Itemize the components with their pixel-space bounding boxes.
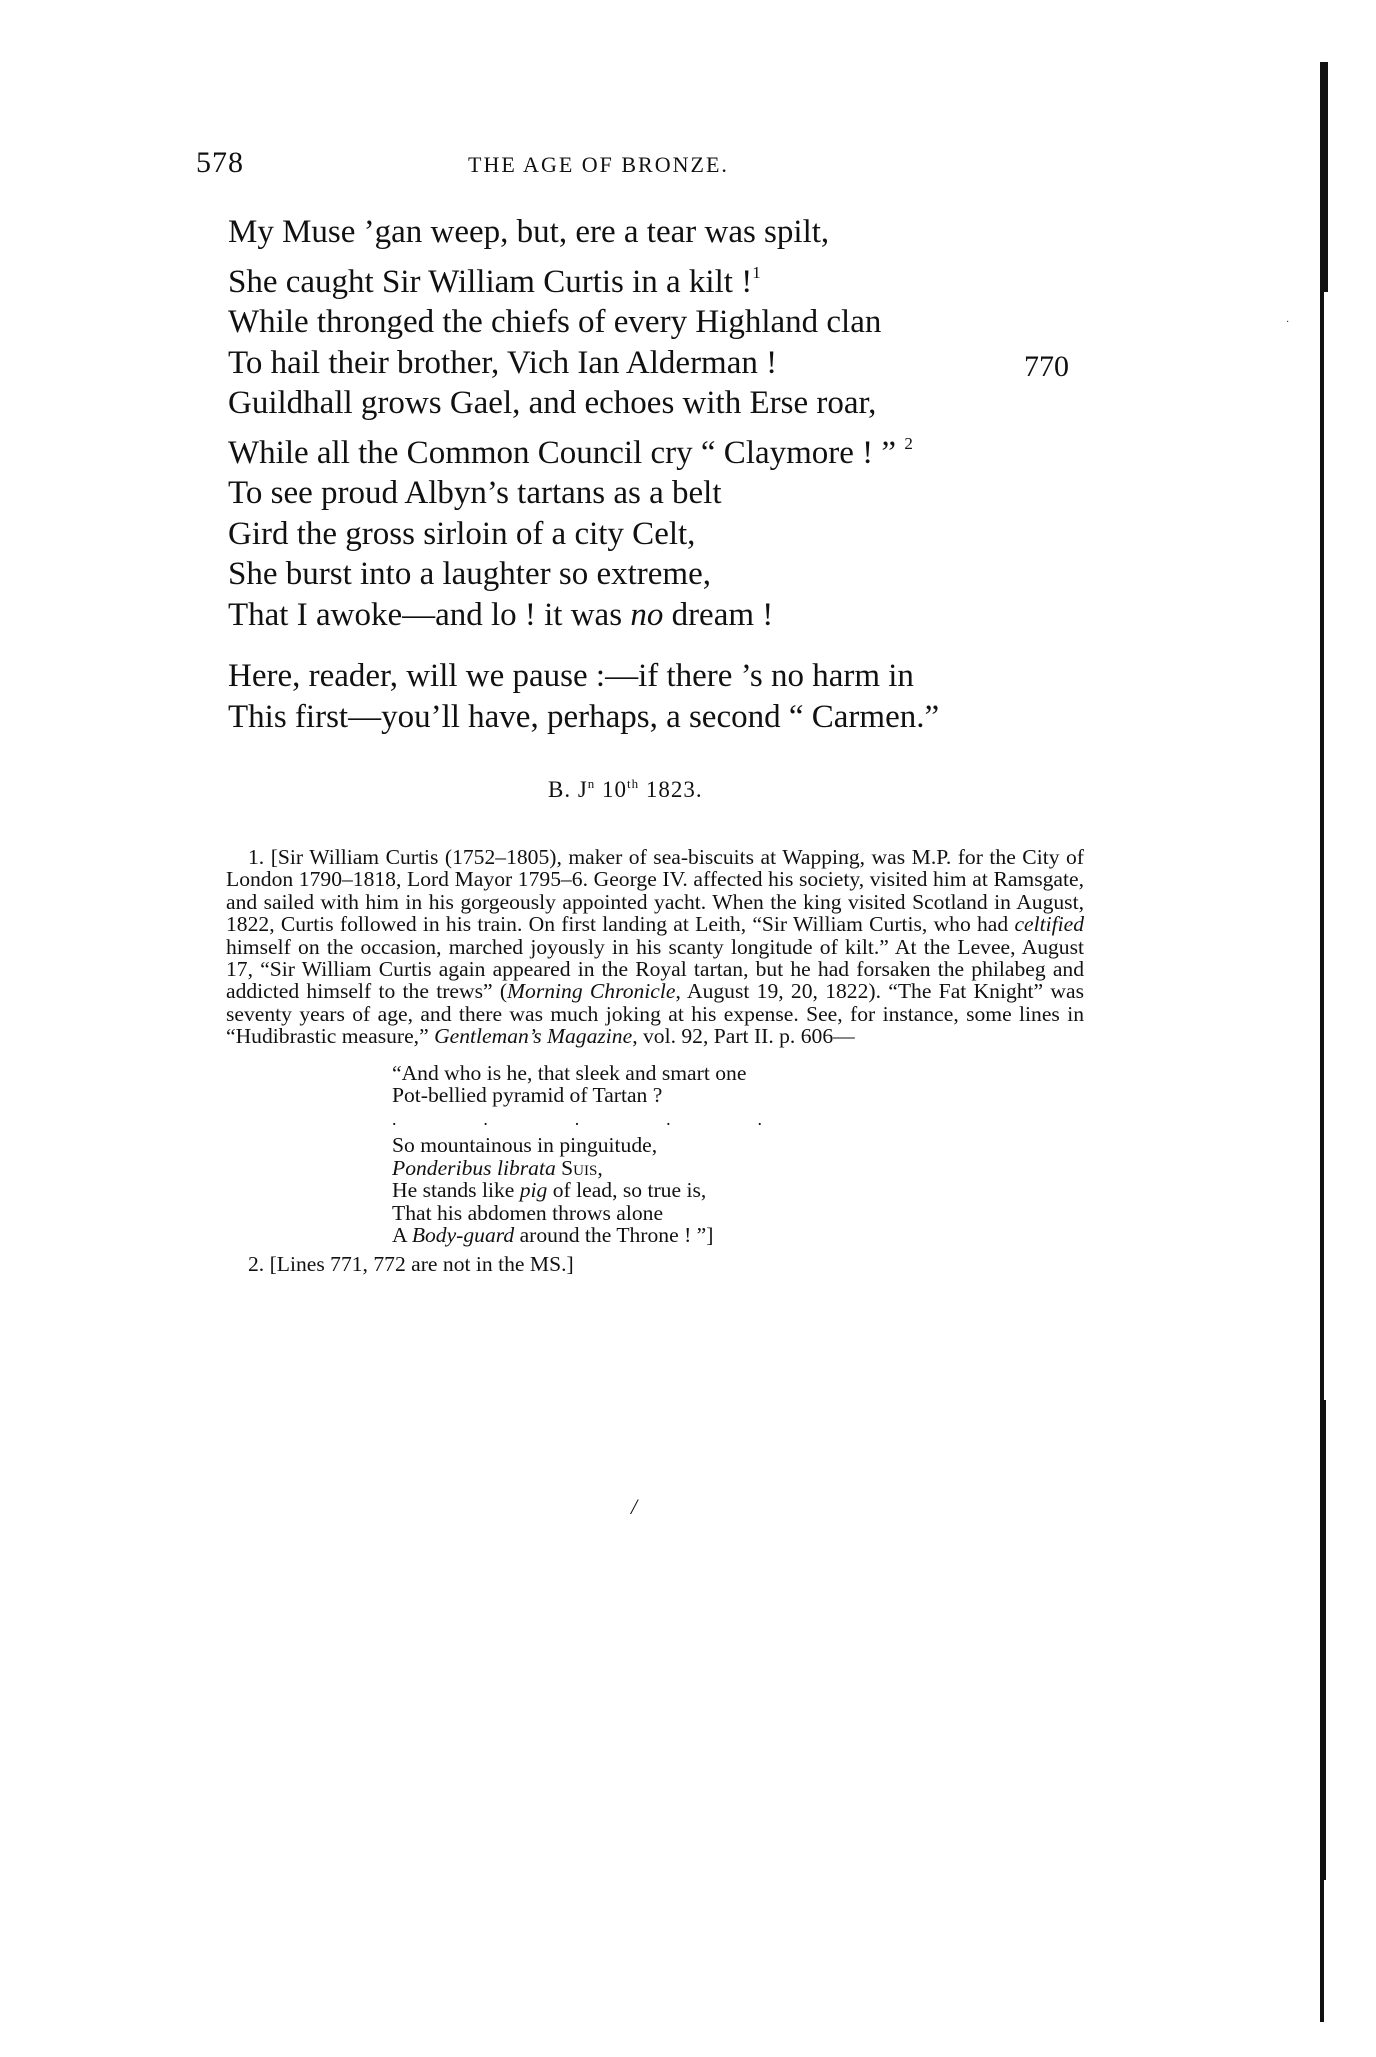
poem-line: She burst into a laughter so extreme, [228, 554, 913, 595]
signature-date: B. Jn 10th 1823. [548, 776, 703, 803]
poem-line: Gird the gross sirloin of a city Celt, [228, 514, 913, 555]
poem-line: Here, reader, will we pause :—if there ’… [228, 656, 939, 697]
poem-stanza-1: My Muse ’gan weep, but, ere a tear was s… [228, 212, 913, 635]
poem-line: That I awoke—and lo ! it was no dream ! [228, 595, 913, 636]
footnote-ref[interactable]: 2 [904, 434, 913, 453]
footnote-ref[interactable]: 1 [752, 263, 761, 282]
footnote-1: 1. [Sir William Curtis (1752–1805), make… [226, 846, 1084, 1048]
ellipsis-dots: ..... [392, 1110, 762, 1128]
poem-line: To see proud Albyn’s tartans as a belt [228, 473, 913, 514]
line-number: 770 [1024, 347, 1069, 388]
poem-line: Guildhall grows Gael, and echoes with Er… [228, 383, 913, 424]
poem-line: To hail their brother, Vich Ian Alderman… [228, 343, 913, 384]
page-edge-line-top [1321, 62, 1328, 292]
poem-line: This first—you’ll have, perhaps, a secon… [228, 697, 939, 738]
footnote-quotation: “And who is he, that sleek and smart one… [392, 1062, 1084, 1247]
page-edge-line-bottom [1320, 1400, 1326, 1880]
footnote-2: 2. [Lines 771, 772 are not in the MS.] [248, 1253, 1084, 1275]
footnotes: 1. [Sir William Curtis (1752–1805), make… [226, 846, 1084, 1275]
poem-line: She caught Sir William Curtis in a kilt … [228, 253, 913, 303]
page-number: 578 [196, 146, 244, 180]
margin-speck: · [1286, 317, 1289, 328]
running-head: THE AGE OF BRONZE. [468, 152, 729, 178]
stray-ink-mark: / [631, 1494, 637, 1520]
poem-line: My Muse ’gan weep, but, ere a tear was s… [228, 212, 913, 253]
poem-line: While all the Common Council cry “ Claym… [228, 424, 913, 474]
poem-stanza-2: Here, reader, will we pause :—if there ’… [228, 656, 939, 737]
poem-line: While thronged the chiefs of every Highl… [228, 302, 913, 343]
